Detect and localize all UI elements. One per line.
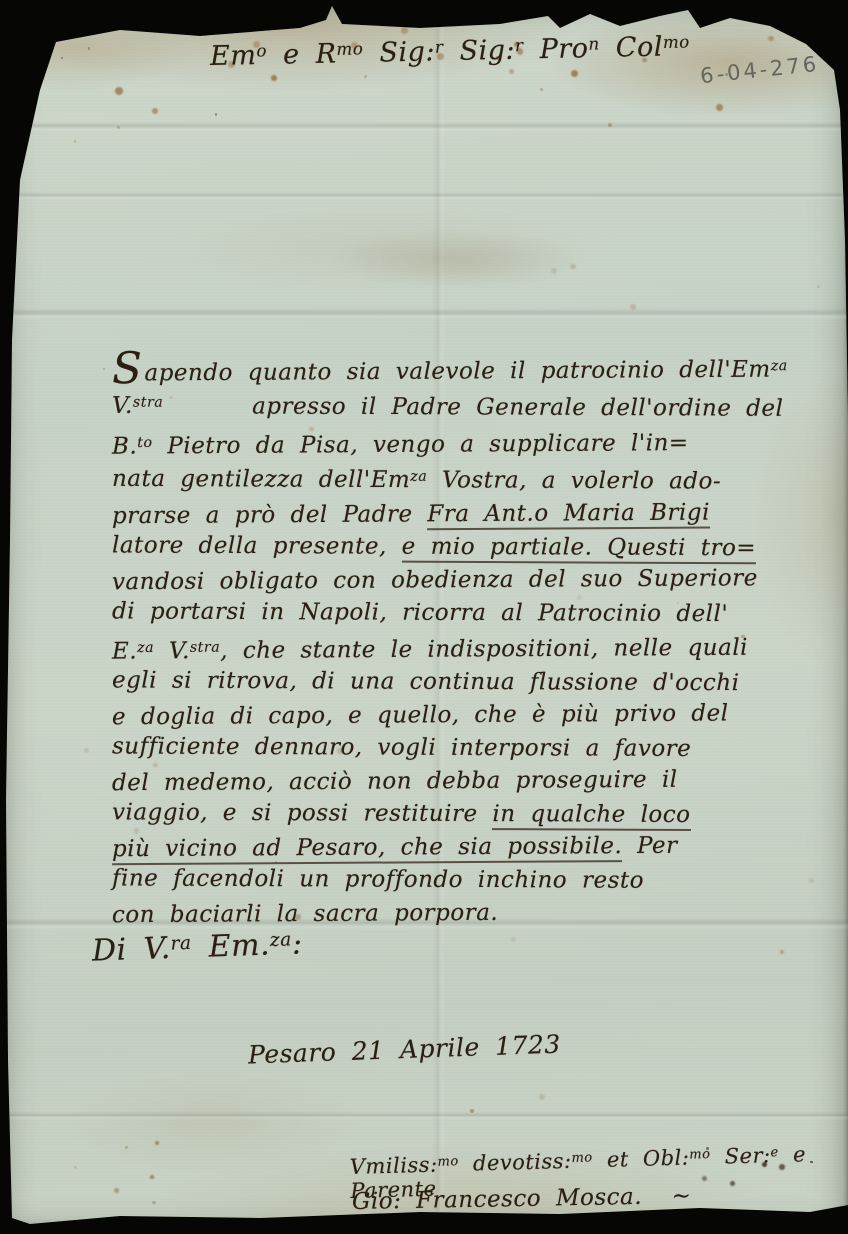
text-segment: e doglia di capo, e quello, che è più pr… [112,700,729,730]
text-segment: Ser: [710,1143,771,1169]
foxing-spot [540,88,543,91]
text-segment: stra [133,395,163,411]
foxing-spot [125,1146,129,1150]
text-segment: za [137,640,154,656]
text-segment: apresso il Padre Generale dell'ordine de… [163,393,783,422]
foxing-spot [103,368,105,370]
foxing-spot [74,140,76,142]
foxing-spot [117,126,120,129]
text-segment: za [771,358,788,374]
text-segment: con baciarli la sacra porpora. [112,900,498,928]
text-segment: za [410,469,427,485]
body-line: nata gentilezza dell'Emza Vostra, a vole… [112,460,836,500]
text-segment: ra [170,933,192,955]
body-line: con baciarli la sacra porpora. [112,895,836,932]
fold-crease [0,192,848,200]
text-segment: e R [267,38,337,70]
text-segment: V. [154,638,190,664]
foxing-spot [84,748,89,753]
text-segment: Di V. [91,931,171,969]
text-segment: B. [112,433,137,459]
body-line: V.stra apresso il Padre Generale dell'or… [112,387,836,427]
body-line: Sapendo quanto sia valevole il patrocini… [112,350,836,391]
text-segment: apendo quanto sia valevole il patrocinio… [144,357,770,387]
text-segment: Em [210,40,257,72]
text-segment: et Obl: [592,1146,689,1173]
text-segment: stra [190,639,220,655]
closing-line: Di V.ra Em.za: [91,926,303,968]
body-line: fine facendoli un proffondo inchino rest… [112,862,836,898]
text-segment: sufficiente dennaro, vogli interporsi a … [112,733,691,762]
fold-crease [0,1112,848,1120]
body-line: del medemo, acciò non debba proseguire i… [112,763,836,800]
foxing-spot [716,104,723,111]
text-segment: n [588,33,600,53]
text-segment: devotiss: [458,1149,571,1176]
foxing-spot [401,27,408,34]
text-segment: mo [336,38,363,59]
foxing-spot [74,1166,77,1169]
foxing-spot [529,6,533,10]
foxing-spot [817,285,820,288]
foxing-spot [780,950,784,954]
foxing-spot [152,1201,155,1204]
text-segment: mo [663,31,690,52]
body-line: viaggio, e si possi restituire in qualch… [112,796,836,832]
text-segment: Em. [191,927,271,965]
text-segment: : [291,926,303,961]
text-segment: egli si ritrova, di una continua flussio… [112,667,740,696]
foxing-spot [150,1175,154,1179]
text-segment: vandosi obligato con obedienza del suo S… [112,565,758,595]
foxing-spot [155,1141,159,1145]
text-segment: latore della presente, [112,532,402,559]
text-segment: Sig: [363,36,435,68]
body-line: e doglia di capo, e quello, che è più pr… [112,697,836,734]
foxing-spot [470,1109,474,1113]
text-segment: Pietro da Pisa, vengo a supplicare l'in= [152,430,688,459]
text-segment: mo [571,1150,593,1166]
foxing-spot [608,123,612,127]
text-segment: e mio partiale. [402,533,608,563]
text-segment: E. [112,638,137,664]
foxing-spot [814,13,818,17]
fold-crease [0,308,848,320]
text-segment: Questi tro= [607,534,756,564]
text-segment: di portarsi in Napoli, ricorra al Patroc… [112,598,728,627]
paper-sheet: Emo e Rmo Sig:r Sig:r Pron Colmo 6-04-27… [0,0,848,1234]
body-line: vandosi obligato con obedienza del suo S… [112,561,836,598]
body-line: E.za V.stra, che stante le indisposition… [112,627,836,668]
text-segment: Sig: [443,35,515,67]
text-segment: prarse a prò del Padre [112,501,428,529]
foxing-spot [630,304,636,310]
foxing-spot [512,13,520,21]
text-segment: mo [437,1154,459,1170]
foxing-spot [511,937,515,941]
scanned-letter-page: Emo e Rmo Sig:r Sig:r Pron Colmo 6-04-27… [0,0,848,1234]
text-segment: viaggio, e si possi restituire [112,799,493,827]
foxing-spot [152,108,158,114]
text-segment: o [256,40,267,60]
foxing-spot [171,9,178,16]
foxing-spot [61,57,64,60]
foxing-spot [114,1188,118,1192]
salutation-line: Emo e Rmo Sig:r Sig:r Pron Colmo [180,30,721,72]
text-segment: , che stante le indispositioni, nelle qu… [220,634,748,663]
foxing-spot [364,75,368,79]
foxing-spot [115,87,123,95]
foxing-spot [509,69,514,74]
text-segment: fine facendoli un proffondo inchino rest… [112,865,644,893]
body-line: prarse a prò del Padre Fra Ant.o Maria B… [112,495,836,532]
body-line: più vicino ad Pesaro, che sia possibile.… [112,829,836,866]
text-segment: in qualche loco [492,801,690,831]
letter-body: Sapendo quanto sia valevole il patrocini… [112,352,836,930]
text-segment: Col [599,32,663,64]
text-segment: Per [622,833,678,859]
body-line: latore della presente, e mio partiale. Q… [112,529,836,565]
foxing-spot [539,1094,545,1100]
body-line: egli si ritrova, di una continua flussio… [112,664,836,700]
foxing-spot [271,75,277,81]
text-segment: V. [112,393,133,419]
foxing-spot [623,14,629,20]
text-segment: Pro [523,33,589,65]
foxing-spot [768,36,773,41]
text-segment: Fra Ant.o Maria Brigi [427,499,710,530]
text-segment: Vostra, a volerlo ado- [427,467,721,494]
text-segment: del medemo, acciò non debba proseguire i… [112,767,678,796]
body-line: sufficiente dennaro, vogli interporsi a … [112,730,836,766]
foxing-spot [88,47,91,50]
signature-name-line: Gio: Francesco Mosca. ~ [352,1183,692,1215]
ink-showthrough-smudge [290,222,620,297]
text-segment: za [269,929,292,951]
text-segment: più vicino ad Pesaro, che sia possibile. [112,833,622,865]
body-line: di portarsi in Napoli, ricorra al Patroc… [112,595,836,631]
body-line: B.to Pietro da Pisa, vengo a supplicare … [112,423,836,464]
dateline: Pesaro 21 Aprile 1723 [248,1030,562,1070]
foxing-spot [571,70,579,78]
text-segment: to [137,435,152,451]
fold-crease [0,122,848,132]
text-segment: nata gentilezza dell'Em [112,466,410,493]
foxing-spot [403,16,410,23]
text-segment: Vmiliss: [349,1153,437,1179]
text-segment: mo [689,1147,711,1163]
foxing-spot [215,113,217,115]
